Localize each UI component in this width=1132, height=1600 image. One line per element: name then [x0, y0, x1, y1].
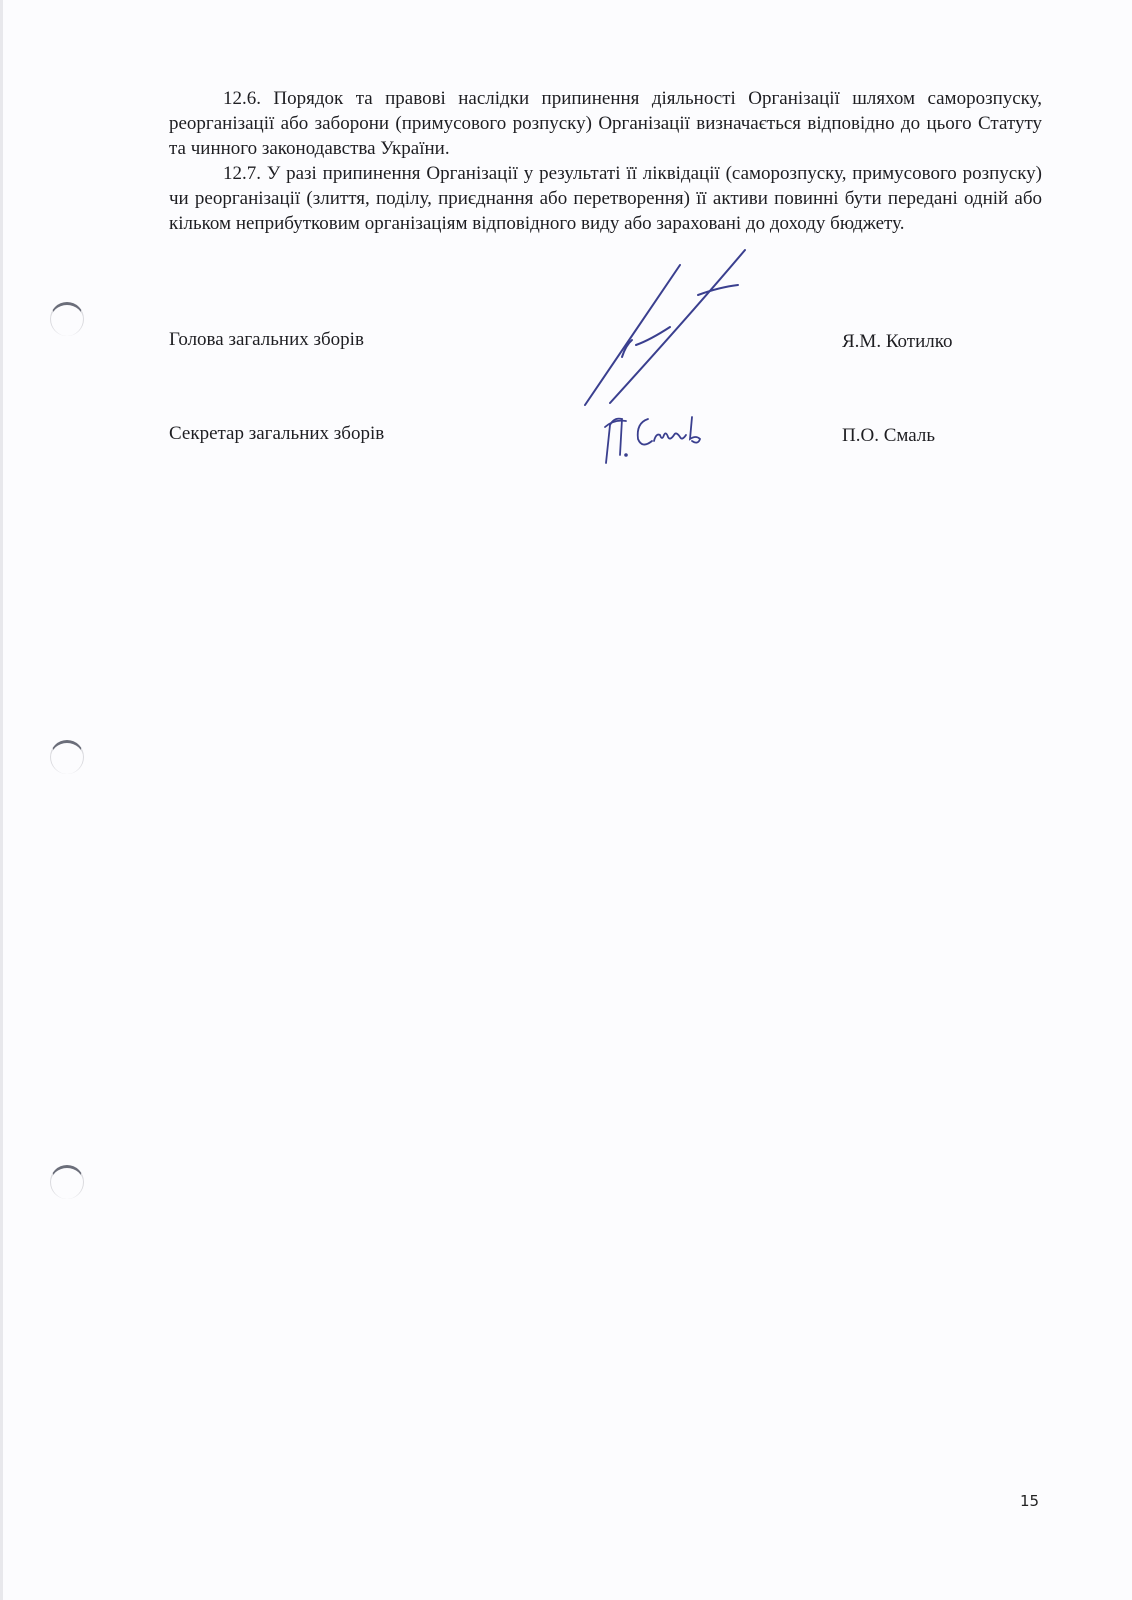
hole-punch-icon: [50, 302, 84, 336]
hole-punch-icon: [50, 1165, 84, 1199]
page-number: 15: [1020, 1492, 1039, 1510]
hole-punch-icon: [50, 740, 84, 774]
paragraph-12-7: 12.7. У разі припинення Організації у ре…: [169, 161, 1042, 236]
signature-name-secretary: П.О. Смаль: [842, 424, 935, 448]
document-body: 12.6. Порядок та правові наслідки припин…: [169, 86, 1042, 236]
signature-role-chairman: Голова загальних зборів: [169, 328, 364, 352]
signature-secretary-icon: [600, 405, 730, 470]
document-page: 12.6. Порядок та правові наслідки припин…: [0, 0, 1132, 1600]
signature-name-chairman: Я.М. Котилко: [842, 330, 953, 354]
signature-chairman-icon: [570, 245, 760, 415]
scan-edge: [0, 0, 3, 1600]
paragraph-12-6: 12.6. Порядок та правові наслідки припин…: [169, 86, 1042, 161]
signature-role-secretary: Секретар загальних зборів: [169, 422, 384, 446]
